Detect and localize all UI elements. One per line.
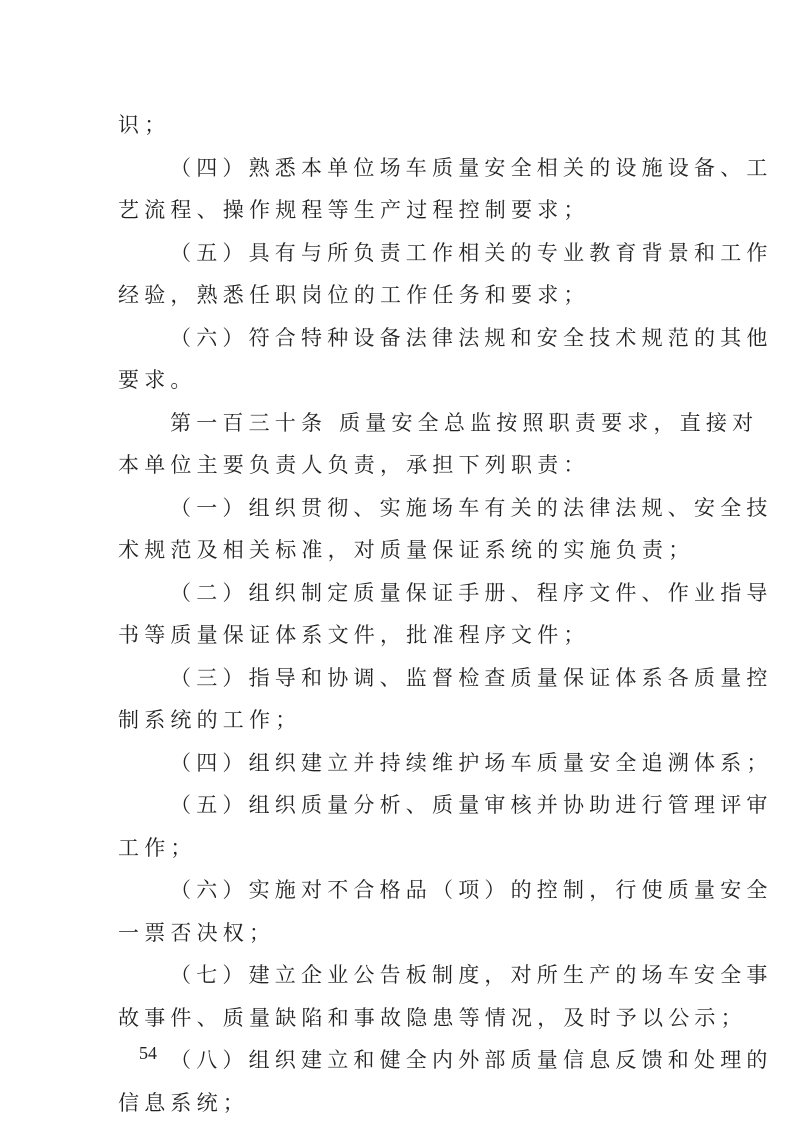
text-line: （六）实施对不合格品（项）的控制，行使质量安全 bbox=[118, 869, 678, 912]
text-line: （四）组织建立并持续维护场车质量安全追溯体系； bbox=[118, 742, 678, 785]
text-line: 术规范及相关标准，对质量保证系统的实施负责； bbox=[118, 529, 678, 572]
article-heading-line: 第一百三十条 质量安全总监按照职责要求，直接对 bbox=[118, 402, 678, 445]
text-line: （三）指导和协调、监督检查质量保证体系各质量控 bbox=[118, 657, 678, 700]
text-line: 制系统的工作； bbox=[118, 699, 678, 742]
text-line: （八）组织建立和健全内外部质量信息反馈和处理的 bbox=[118, 1039, 678, 1082]
text-line: （一）组织贯彻、实施场车有关的法律法规、安全技 bbox=[118, 487, 678, 530]
text-line: （五）组织质量分析、质量审核并协助进行管理评审 bbox=[118, 784, 678, 827]
text-line: 要求。 bbox=[118, 359, 678, 402]
text-line: 本单位主要负责人负责，承担下列职责： bbox=[118, 444, 678, 487]
text-line: 信息系统； bbox=[118, 1082, 678, 1122]
text-line: 故事件、质量缺陷和事故隐患等情况，及时予以公示； bbox=[118, 997, 678, 1040]
text-line: （二）组织制定质量保证手册、程序文件、作业指导 bbox=[118, 572, 678, 615]
text-line: 书等质量保证体系文件，批准程序文件； bbox=[118, 614, 678, 657]
text-line: 经验，熟悉任职岗位的工作任务和要求； bbox=[118, 274, 678, 317]
text-line: 一票否决权； bbox=[118, 912, 678, 955]
document-body: 识； （四）熟悉本单位场车质量安全相关的设施设备、工 艺流程、操作规程等生产过程… bbox=[118, 104, 678, 1122]
text-line: 工作； bbox=[118, 827, 678, 870]
text-line: 识； bbox=[118, 104, 678, 147]
text-line: （四）熟悉本单位场车质量安全相关的设施设备、工 bbox=[118, 147, 678, 190]
text-line: （七）建立企业公告板制度，对所生产的场车安全事 bbox=[118, 954, 678, 997]
text-line: （五）具有与所负责工作相关的专业教育背景和工作 bbox=[118, 232, 678, 275]
text-line: 艺流程、操作规程等生产过程控制要求； bbox=[118, 189, 678, 232]
page-number: 54 bbox=[139, 1043, 157, 1064]
text-line: （六）符合特种设备法律法规和安全技术规范的其他 bbox=[118, 317, 678, 360]
